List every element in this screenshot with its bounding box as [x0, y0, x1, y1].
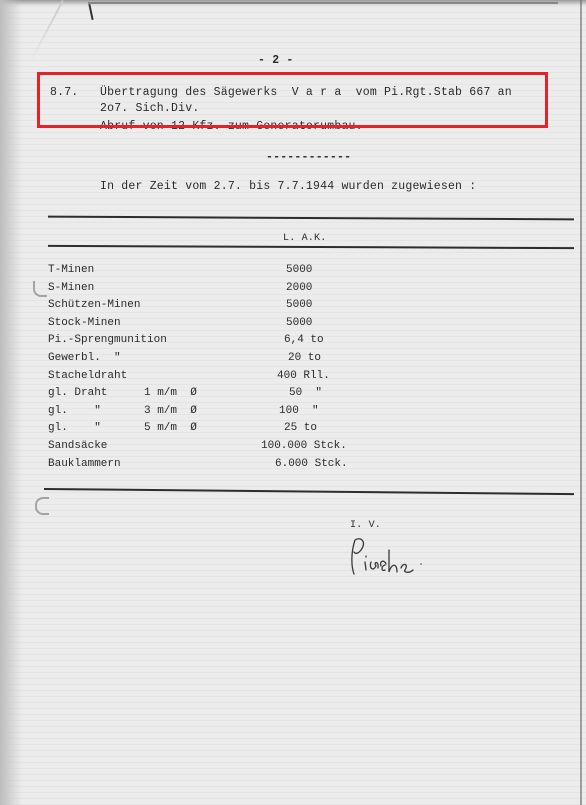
table-top-rule	[48, 216, 574, 221]
paper-fold-mark	[29, 0, 64, 63]
paper-left-shade	[0, 0, 22, 805]
table-row-label: Gewerbl. "	[48, 352, 121, 364]
handwritten-signature	[345, 532, 425, 578]
table-row-value: 5000	[286, 299, 312, 311]
table-row-label: gl. Draht	[48, 387, 107, 399]
paper-top-edge	[88, 2, 558, 4]
section-separator: ------------	[266, 151, 351, 165]
hole-punch-mark	[35, 497, 49, 515]
table-row-value: 20 to	[288, 352, 321, 364]
table-row-label: Stock-Minen	[48, 317, 121, 329]
table-row-value: 25 to	[284, 422, 317, 434]
table-row-label: Pi.-Sprengmunition	[48, 334, 167, 346]
table-row-value: 2000	[286, 282, 312, 294]
paper-right-edge	[580, 0, 582, 805]
table-row-value: 100.000 Stck.	[261, 440, 347, 452]
table-header-rule	[48, 245, 574, 249]
table-row-spec: 3 m/m Ø	[144, 405, 197, 417]
table-row-label: Stacheldraht	[48, 370, 127, 382]
table-row-label: gl. "	[48, 405, 101, 417]
table-row-value: 100 "	[279, 405, 319, 417]
table-row-value: 5000	[286, 317, 312, 329]
table-bottom-rule	[44, 488, 574, 495]
table-row-value: 5000	[286, 264, 312, 276]
table-column-header: L. A.K.	[283, 232, 326, 246]
table-row-value: 6.000 Stck.	[275, 458, 348, 470]
table-row-value: 400 Rll.	[277, 370, 330, 382]
signoff-iv: I. V.	[350, 519, 381, 533]
scanned-document-page: - 2 - 8.7. Übertragung des Sägewerks V a…	[0, 0, 586, 805]
table-row-label: Schützen-Minen	[48, 299, 140, 311]
table-row-label: gl. "	[48, 422, 101, 434]
hole-punch-mark	[33, 281, 47, 297]
table-row-label: Bauklammern	[48, 458, 121, 470]
table-row-spec: 1 m/m Ø	[144, 387, 197, 399]
table-row-label: Sandsäcke	[48, 440, 107, 452]
table-row-value: 50 "	[289, 387, 322, 399]
table-row-spec: 5 m/m Ø	[144, 422, 197, 434]
annotation-highlight-box	[37, 72, 548, 128]
table-row-value: 6,4 to	[284, 334, 324, 346]
allocation-intro: In der Zeit vom 2.7. bis 7.7.1944 wurden…	[100, 180, 476, 194]
pencil-tick-mark	[88, 4, 93, 20]
page-number: - 2 -	[258, 54, 294, 68]
table-row-label: S-Minen	[48, 282, 94, 294]
table-row-label: T-Minen	[48, 264, 94, 276]
